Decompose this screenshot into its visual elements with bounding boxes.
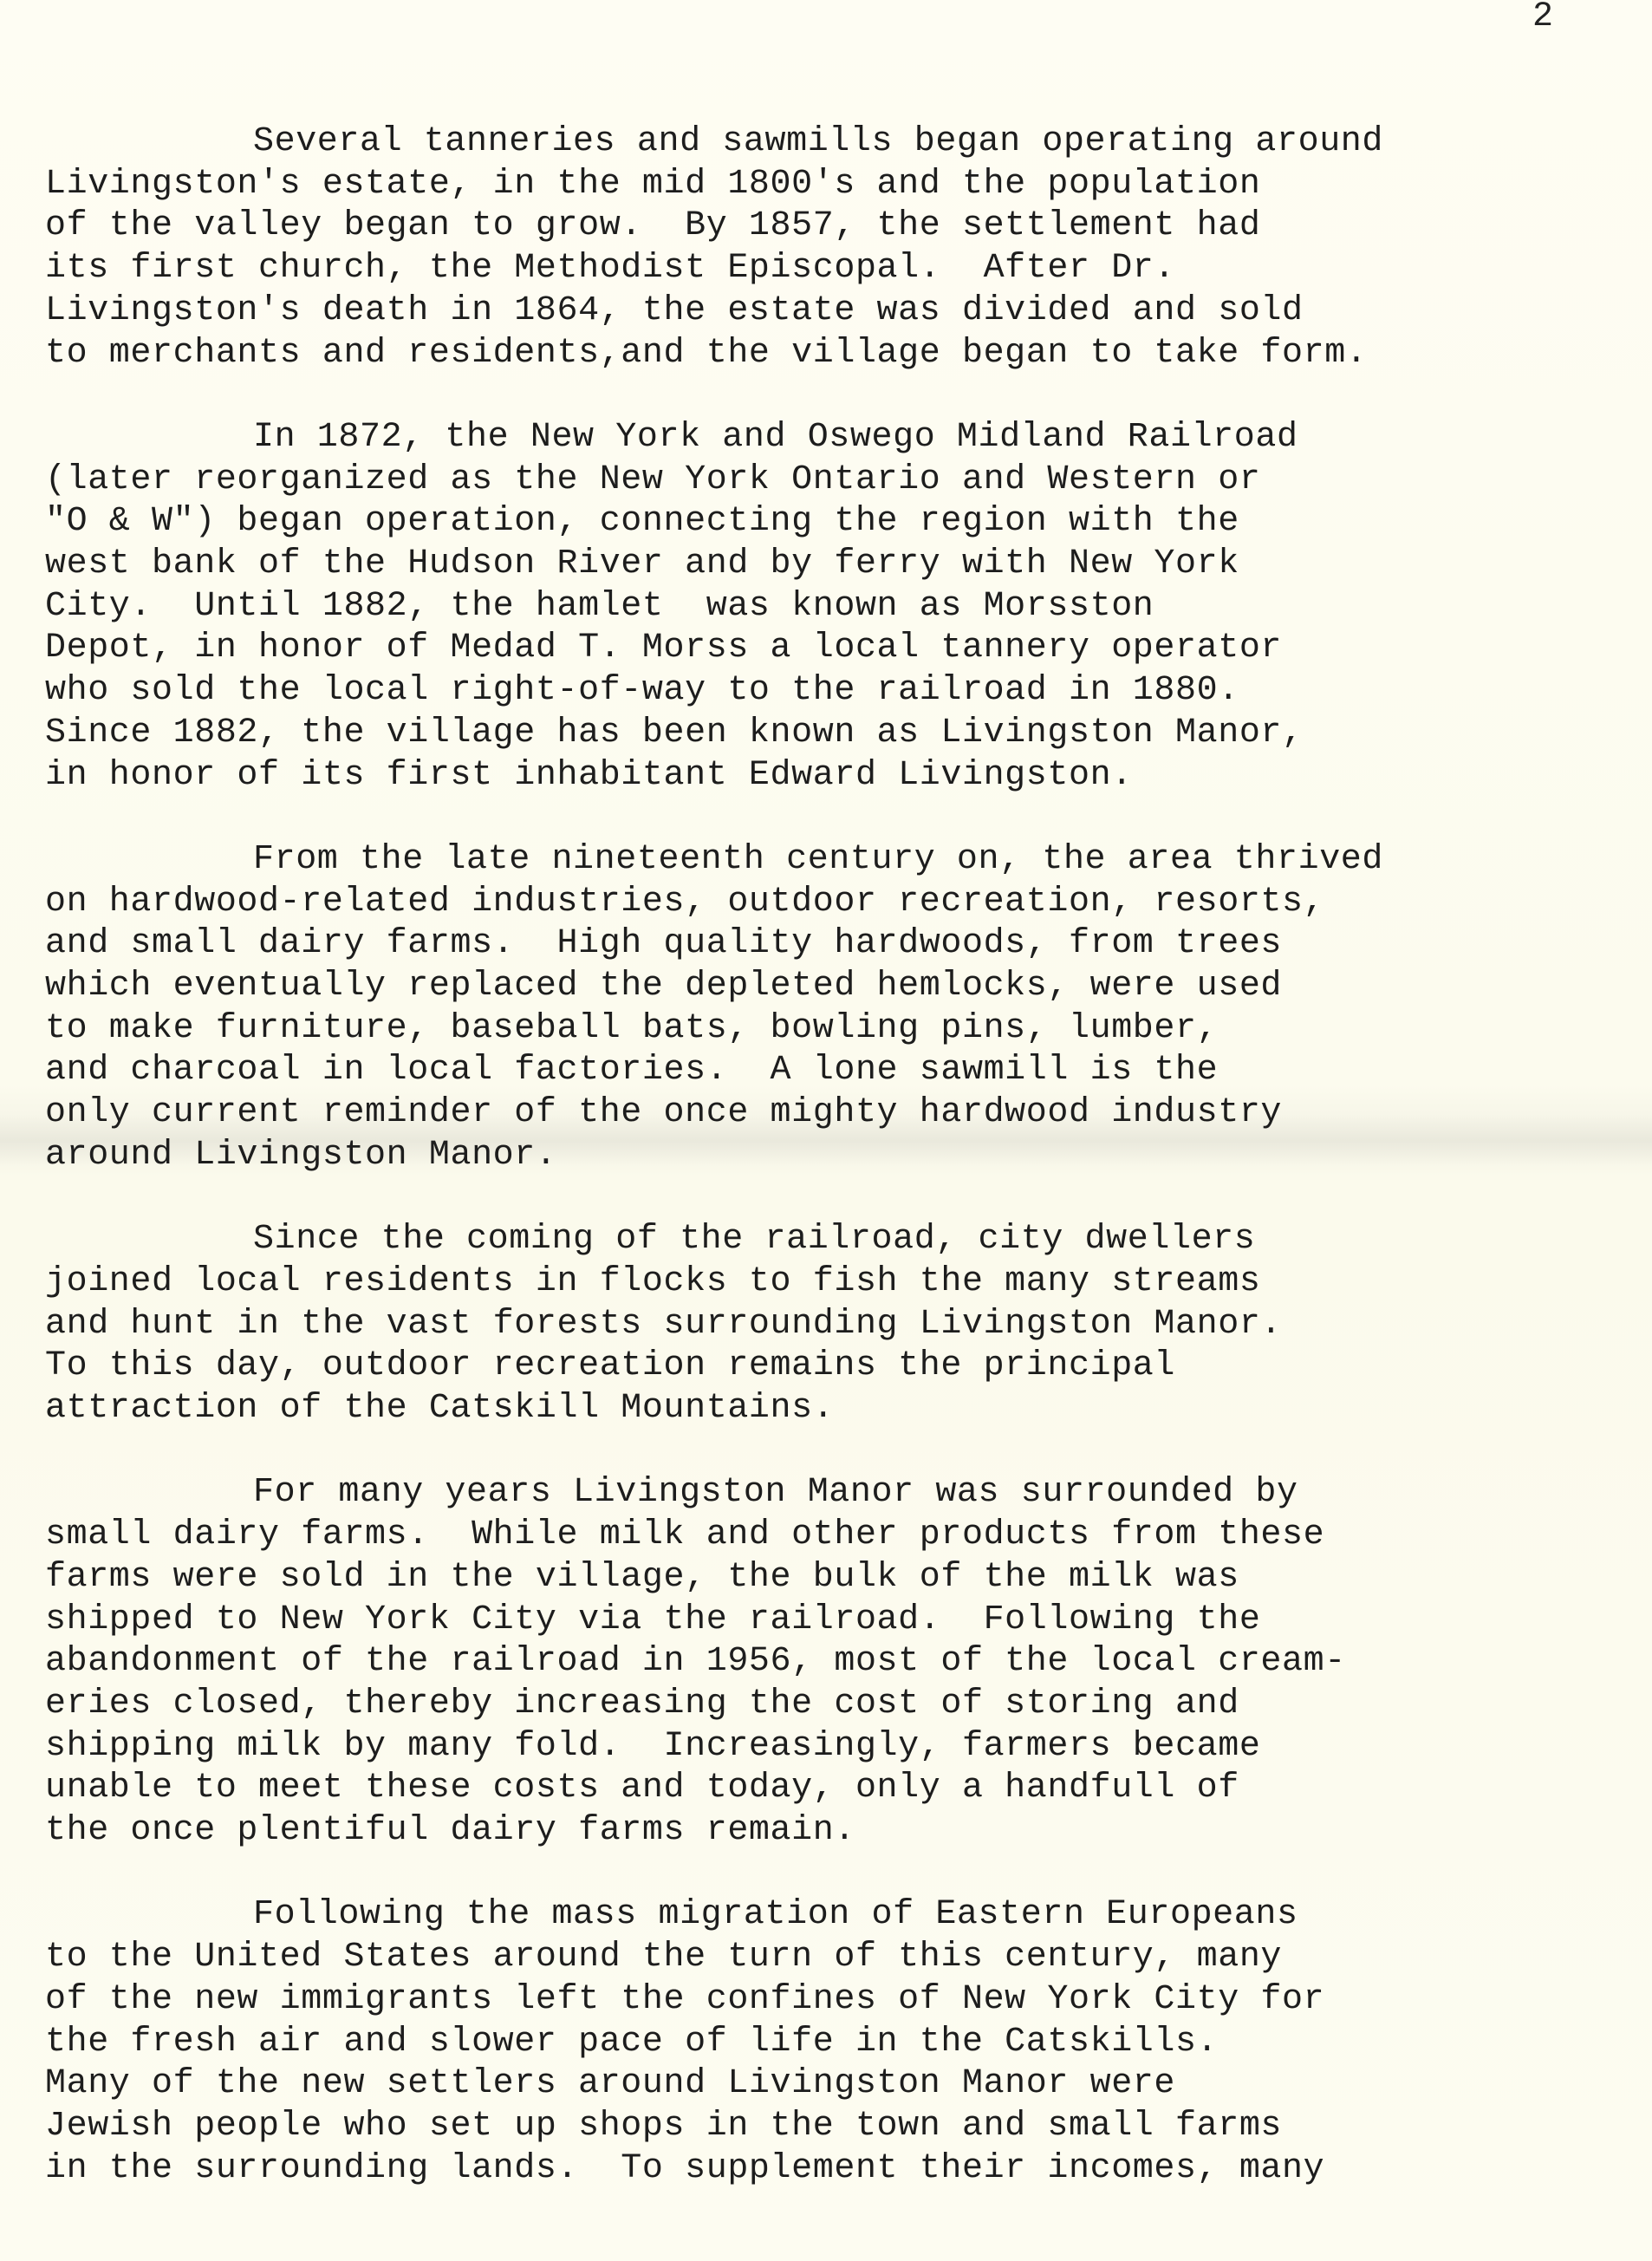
text-line: around Livingston Manor. xyxy=(45,1135,1652,1177)
text-line: Jewish people who set up shops in the to… xyxy=(45,2106,1652,2148)
paragraph-immigration: Following the mass migration of Eastern … xyxy=(45,1894,1652,2190)
text-line: joined local residents in flocks to fish… xyxy=(45,1261,1652,1304)
text-line: City. Until 1882, the hamlet was known a… xyxy=(45,586,1652,629)
text-line: the fresh air and slower pace of life in… xyxy=(45,2022,1652,2064)
text-line: the once plentiful dairy farms remain. xyxy=(45,1810,1652,1853)
document-body: Several tanneries and sawmills began ope… xyxy=(45,121,1652,2232)
text-line: west bank of the Hudson River and by fer… xyxy=(45,544,1652,586)
text-line: Many of the new settlers around Livingst… xyxy=(45,2063,1652,2106)
text-line: to the United States around the turn of … xyxy=(45,1937,1652,1979)
text-line: and small dairy farms. High quality hard… xyxy=(45,923,1652,966)
text-line: Several tanneries and sawmills began ope… xyxy=(45,121,1652,164)
text-line: shipped to New York City via the railroa… xyxy=(45,1600,1652,1642)
text-line: abandonment of the railroad in 1956, mos… xyxy=(45,1641,1652,1684)
text-line: Depot, in honor of Medad T. Morss a loca… xyxy=(45,628,1652,670)
text-line: Livingston's death in 1864, the estate w… xyxy=(45,290,1652,333)
text-line: of the new immigrants left the confines … xyxy=(45,1979,1652,2022)
text-line: small dairy farms. While milk and other … xyxy=(45,1515,1652,1557)
paragraph-railroad: In 1872, the New York and Oswego Midland… xyxy=(45,417,1652,797)
page-number: 2 xyxy=(1532,0,1553,35)
text-line: Since the coming of the railroad, city d… xyxy=(45,1219,1652,1261)
text-line: who sold the local right-of-way to the r… xyxy=(45,670,1652,713)
text-line: only current reminder of the once mighty… xyxy=(45,1092,1652,1135)
text-line: Since 1882, the village has been known a… xyxy=(45,713,1652,755)
text-line: shipping milk by many fold. Increasingly… xyxy=(45,1726,1652,1769)
paragraph-hardwood-industry: From the late nineteenth century on, the… xyxy=(45,839,1652,1177)
text-line: From the late nineteenth century on, the… xyxy=(45,839,1652,882)
text-line: unable to meet these costs and today, on… xyxy=(45,1768,1652,1810)
text-line: to make furniture, baseball bats, bowlin… xyxy=(45,1008,1652,1051)
text-line: of the valley began to grow. By 1857, th… xyxy=(45,205,1652,248)
text-line: For many years Livingston Manor was surr… xyxy=(45,1472,1652,1515)
text-line: "O & W") began operation, connecting the… xyxy=(45,501,1652,544)
text-line: on hardwood-related industries, outdoor … xyxy=(45,882,1652,924)
text-line: Livingston's estate, in the mid 1800's a… xyxy=(45,164,1652,206)
text-line: Following the mass migration of Eastern … xyxy=(45,1894,1652,1937)
text-line: farms were sold in the village, the bulk… xyxy=(45,1557,1652,1600)
paragraph-dairy-farms: For many years Livingston Manor was surr… xyxy=(45,1472,1652,1852)
text-line: and hunt in the vast forests surrounding… xyxy=(45,1304,1652,1346)
text-line: and charcoal in local factories. A lone … xyxy=(45,1050,1652,1092)
text-line: eries closed, thereby increasing the cos… xyxy=(45,1684,1652,1726)
text-line: which eventually replaced the depleted h… xyxy=(45,966,1652,1008)
document-page: 2 Several tanneries and sawmills began o… xyxy=(0,0,1652,2261)
text-line: in honor of its first inhabitant Edward … xyxy=(45,755,1652,798)
text-line: its first church, the Methodist Episcopa… xyxy=(45,248,1652,290)
paragraph-recreation: Since the coming of the railroad, city d… xyxy=(45,1219,1652,1430)
text-line: To this day, outdoor recreation remains … xyxy=(45,1346,1652,1388)
text-line: in the surrounding lands. To supplement … xyxy=(45,2148,1652,2191)
text-line: attraction of the Catskill Mountains. xyxy=(45,1388,1652,1430)
text-line: In 1872, the New York and Oswego Midland… xyxy=(45,417,1652,459)
text-line: to merchants and residents,and the villa… xyxy=(45,333,1652,375)
paragraph-tanneries: Several tanneries and sawmills began ope… xyxy=(45,121,1652,375)
text-line: (later reorganized as the New York Ontar… xyxy=(45,459,1652,502)
